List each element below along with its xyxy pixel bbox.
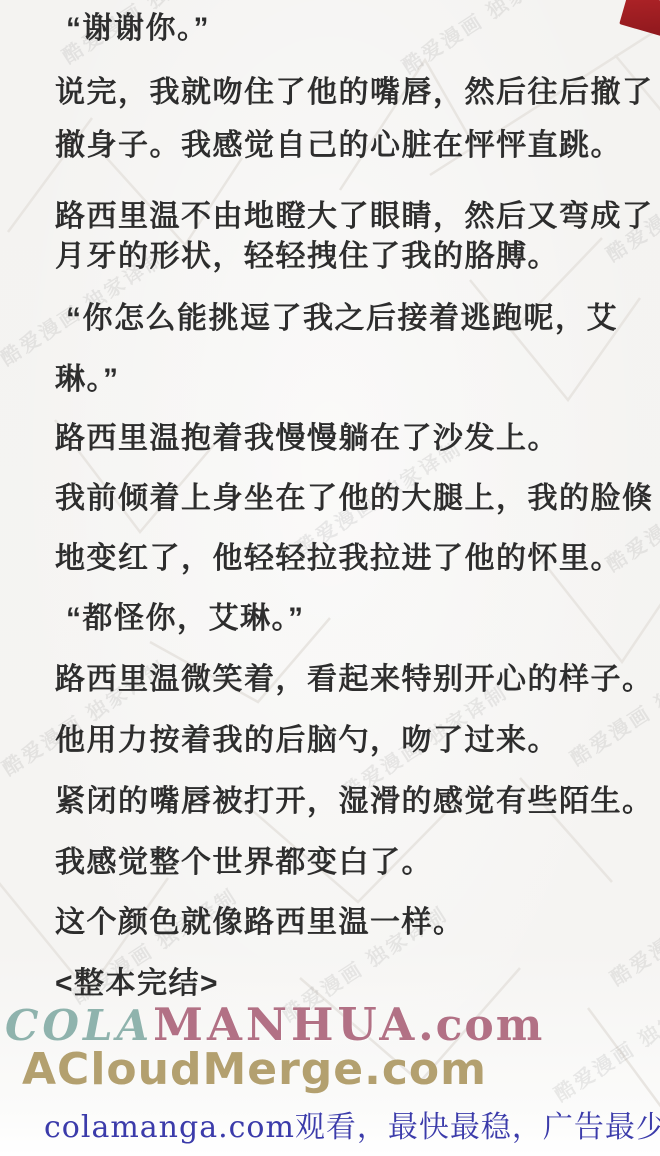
text-line: 路西里温微笑着，看起来特别开心的样子。 xyxy=(55,661,654,699)
text-line: 我感觉整个世界都变白了。 xyxy=(55,844,433,882)
text-line: “谢谢你。” xyxy=(66,10,210,48)
page-surface[interactable]: 酷爱漫画 独家译制 酷爱漫画 独家译制 酷爱漫画 独家译制 酷爱漫画 独家译制 … xyxy=(0,0,660,1156)
text-line: 他用力按着我的后脑勺，吻了过来。 xyxy=(55,722,559,760)
footer-notice: colamanga.com观看，最快最稳，广告最少 xyxy=(44,1102,660,1146)
text-line: 路西里温不由地瞪大了眼睛，然后又弯成了 xyxy=(55,198,654,236)
text-line: 月牙的形状，轻轻拽住了我的胳膊。 xyxy=(55,238,559,276)
text-line: 路西里温抱着我慢慢躺在了沙发上。 xyxy=(55,420,559,458)
text-line: “都怪你，艾琳。” xyxy=(66,600,305,638)
text-line: 琳。” xyxy=(55,361,120,399)
text-line: 撤身子。我感觉自己的心脏在怦怦直跳。 xyxy=(55,127,622,165)
text-line: 说完，我就吻住了他的嘴唇，然后往后撤了 xyxy=(55,74,654,112)
text-line: 地变红了，他轻轻拉我拉进了他的怀里。 xyxy=(55,540,622,578)
text-line: “你怎么能挑逗了我之后接着逃跑呢，艾 xyxy=(66,300,618,338)
text-line: 紧闭的嘴唇被打开，湿滑的感觉有些陌生。 xyxy=(55,783,654,821)
text-line: 我前倾着上身坐在了他的大腿上，我的脸倏 xyxy=(55,480,654,518)
logo-cola-part: COLA xyxy=(5,1001,153,1050)
logo-acloudmerge: ACloudMerge.com xyxy=(22,1044,487,1095)
text-line: 这个颜色就像路西里温一样。 xyxy=(55,904,465,942)
